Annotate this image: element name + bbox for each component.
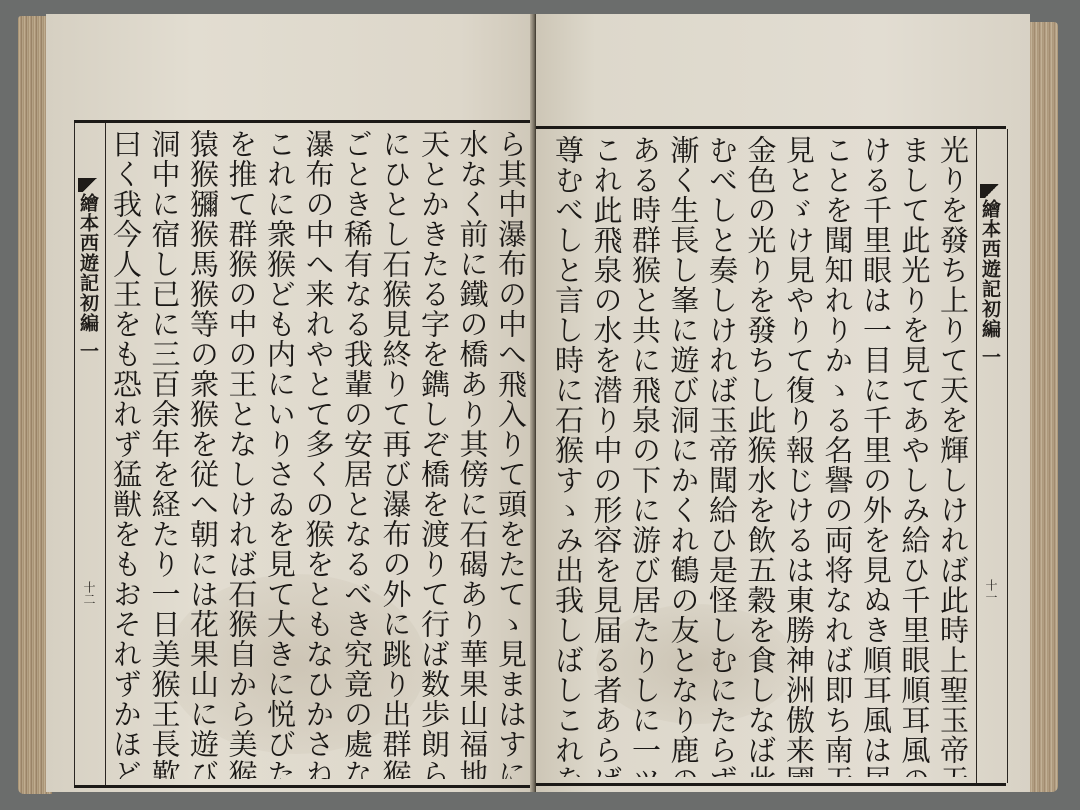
text-column: ある時群猴と共に飛泉の下に游び居たりしに一ツの猴言ひけるは誰にもあれ [626,135,665,777]
text-column: ことを聞知れりかゝる名譽の両将なれば即ち南天門を開き [818,135,857,777]
right-page: 繪本西遊記初編 一 十一 光りを發ち上りて天を輝しければ此時上聖玉帝天上の寶殿に… [536,14,1030,792]
right-folio: 十一 [983,579,1000,603]
text-column: ける千里眼は一目に千里の外を見ぬき順耳風は居ながら世界の [857,135,896,777]
text-column: むべしと奏しければ玉帝聞給ひ是怪しむにたらずとて打捨て置れけるされば石猴 [703,135,742,777]
text-column: にひとし石猴見終りて再び瀑布の外に跳り出群猴にむかひかくの [376,129,415,779]
text-column: これに衆猴ども内にいりさゐを見て大きに悦びたがひに約せし石猴 [261,129,300,779]
text-column: を推て群猴の中の王となしければ石猴自から美猴王と名を称 [222,129,261,779]
left-folio: 十二 [81,581,98,605]
text-column: 天とかきたる字を鐫しぞ橋を渡りて行ば数歩朗らかにして人家の住居 [415,129,454,779]
fishtail-mark-icon [78,178,102,192]
left-page: 繪本西遊記初編 一 十二 ら其中瀑布の中へ飛入りて頭をたてゝ見まはすに瀧の内へ封… [46,14,534,792]
text-column: 漸く生長し峯に遊び洞にかくれ鶴の友となり鹿の侶となり歳月を送りける [664,135,703,777]
right-page-frame: 繪本西遊記初編 一 十一 光りを發ち上りて天を輝しければ此時上聖玉帝天上の寶殿に… [536,126,1006,786]
text-column: まして此光りを見てあやしみ給ひ千里眼順耳風の両大将を召して宣ひ [895,135,934,777]
right-margin-title: 繪本西遊記初編 一 [980,199,1004,367]
right-hashira: 繪本西遊記初編 一 十一 [976,129,1008,783]
right-page-edges [1028,22,1058,792]
left-hashira: 繪本西遊記初編 一 十二 [74,123,106,785]
fishtail-mark-icon [980,184,1004,198]
text-column: 金色の光りを發ちし此猴水を飲五穀を食しなば此光りもやがて息 [741,135,780,777]
text-column: 水なく前に鐵の橋あり其傍に石碣あり華果山福地水簾洞洞 [453,129,492,779]
text-column: 洞中に宿し已に三百余年を経たり一日美猴王長歎して謂て [145,129,184,779]
open-book-photo: 繪本西遊記初編 一 十二 ら其中瀑布の中へ飛入りて頭をたてゝ見まはすに瀧の内へ封… [0,0,1080,810]
text-column: 見とゞけ見やりて復り報じけるは東勝神洲傲来國に石猴ありて眼より [780,135,819,777]
text-column: これ此飛泉の水を潜り中の形容を見届る者あらば我々は我徒の王と [587,135,626,777]
left-page-frame: 繪本西遊記初編 一 十二 ら其中瀑布の中へ飛入りて頭をたてゝ見まはすに瀧の内へ封… [74,120,534,788]
text-column: ら其中瀑布の中へ飛入りて頭をたてゝ見まはすに瀧の内へ封して [492,129,531,779]
left-margin-title: 繪本西遊記初編 一 [78,193,102,361]
text-column: 光りを發ち上りて天を輝しければ此時上聖玉帝天上の寶殿にまします [934,135,973,777]
text-column: ごとき稀有なる我輩の安居となるべき究竟の處なり我にまさりし [338,129,377,779]
text-column: 猿猴獼猴馬猴等の衆猴を従へ朝には花果山に遊び暮には水簾 [184,129,223,779]
left-page-text: ら其中瀑布の中へ飛入りて頭をたてゝ見まはすに瀧の内へ封して 水なく前に鐵の橋あり… [108,129,530,779]
right-page-text: 光りを發ち上りて天を輝しければ此時上聖玉帝天上の寶殿にまします まして此光りを見… [540,135,972,777]
text-column: 瀑布の中へ来れやとて多くの猴をともなひかさねて瀧の内に安置 [299,129,338,779]
text-column: 曰く我今人王をも恐れず猛獣をもおそれずかほど自由にして楽 [108,129,145,779]
text-column: 尊むべしと言し時に石猴すゝみ出我しばしこれを見届んと云もあへず身をおどらし [549,135,588,777]
